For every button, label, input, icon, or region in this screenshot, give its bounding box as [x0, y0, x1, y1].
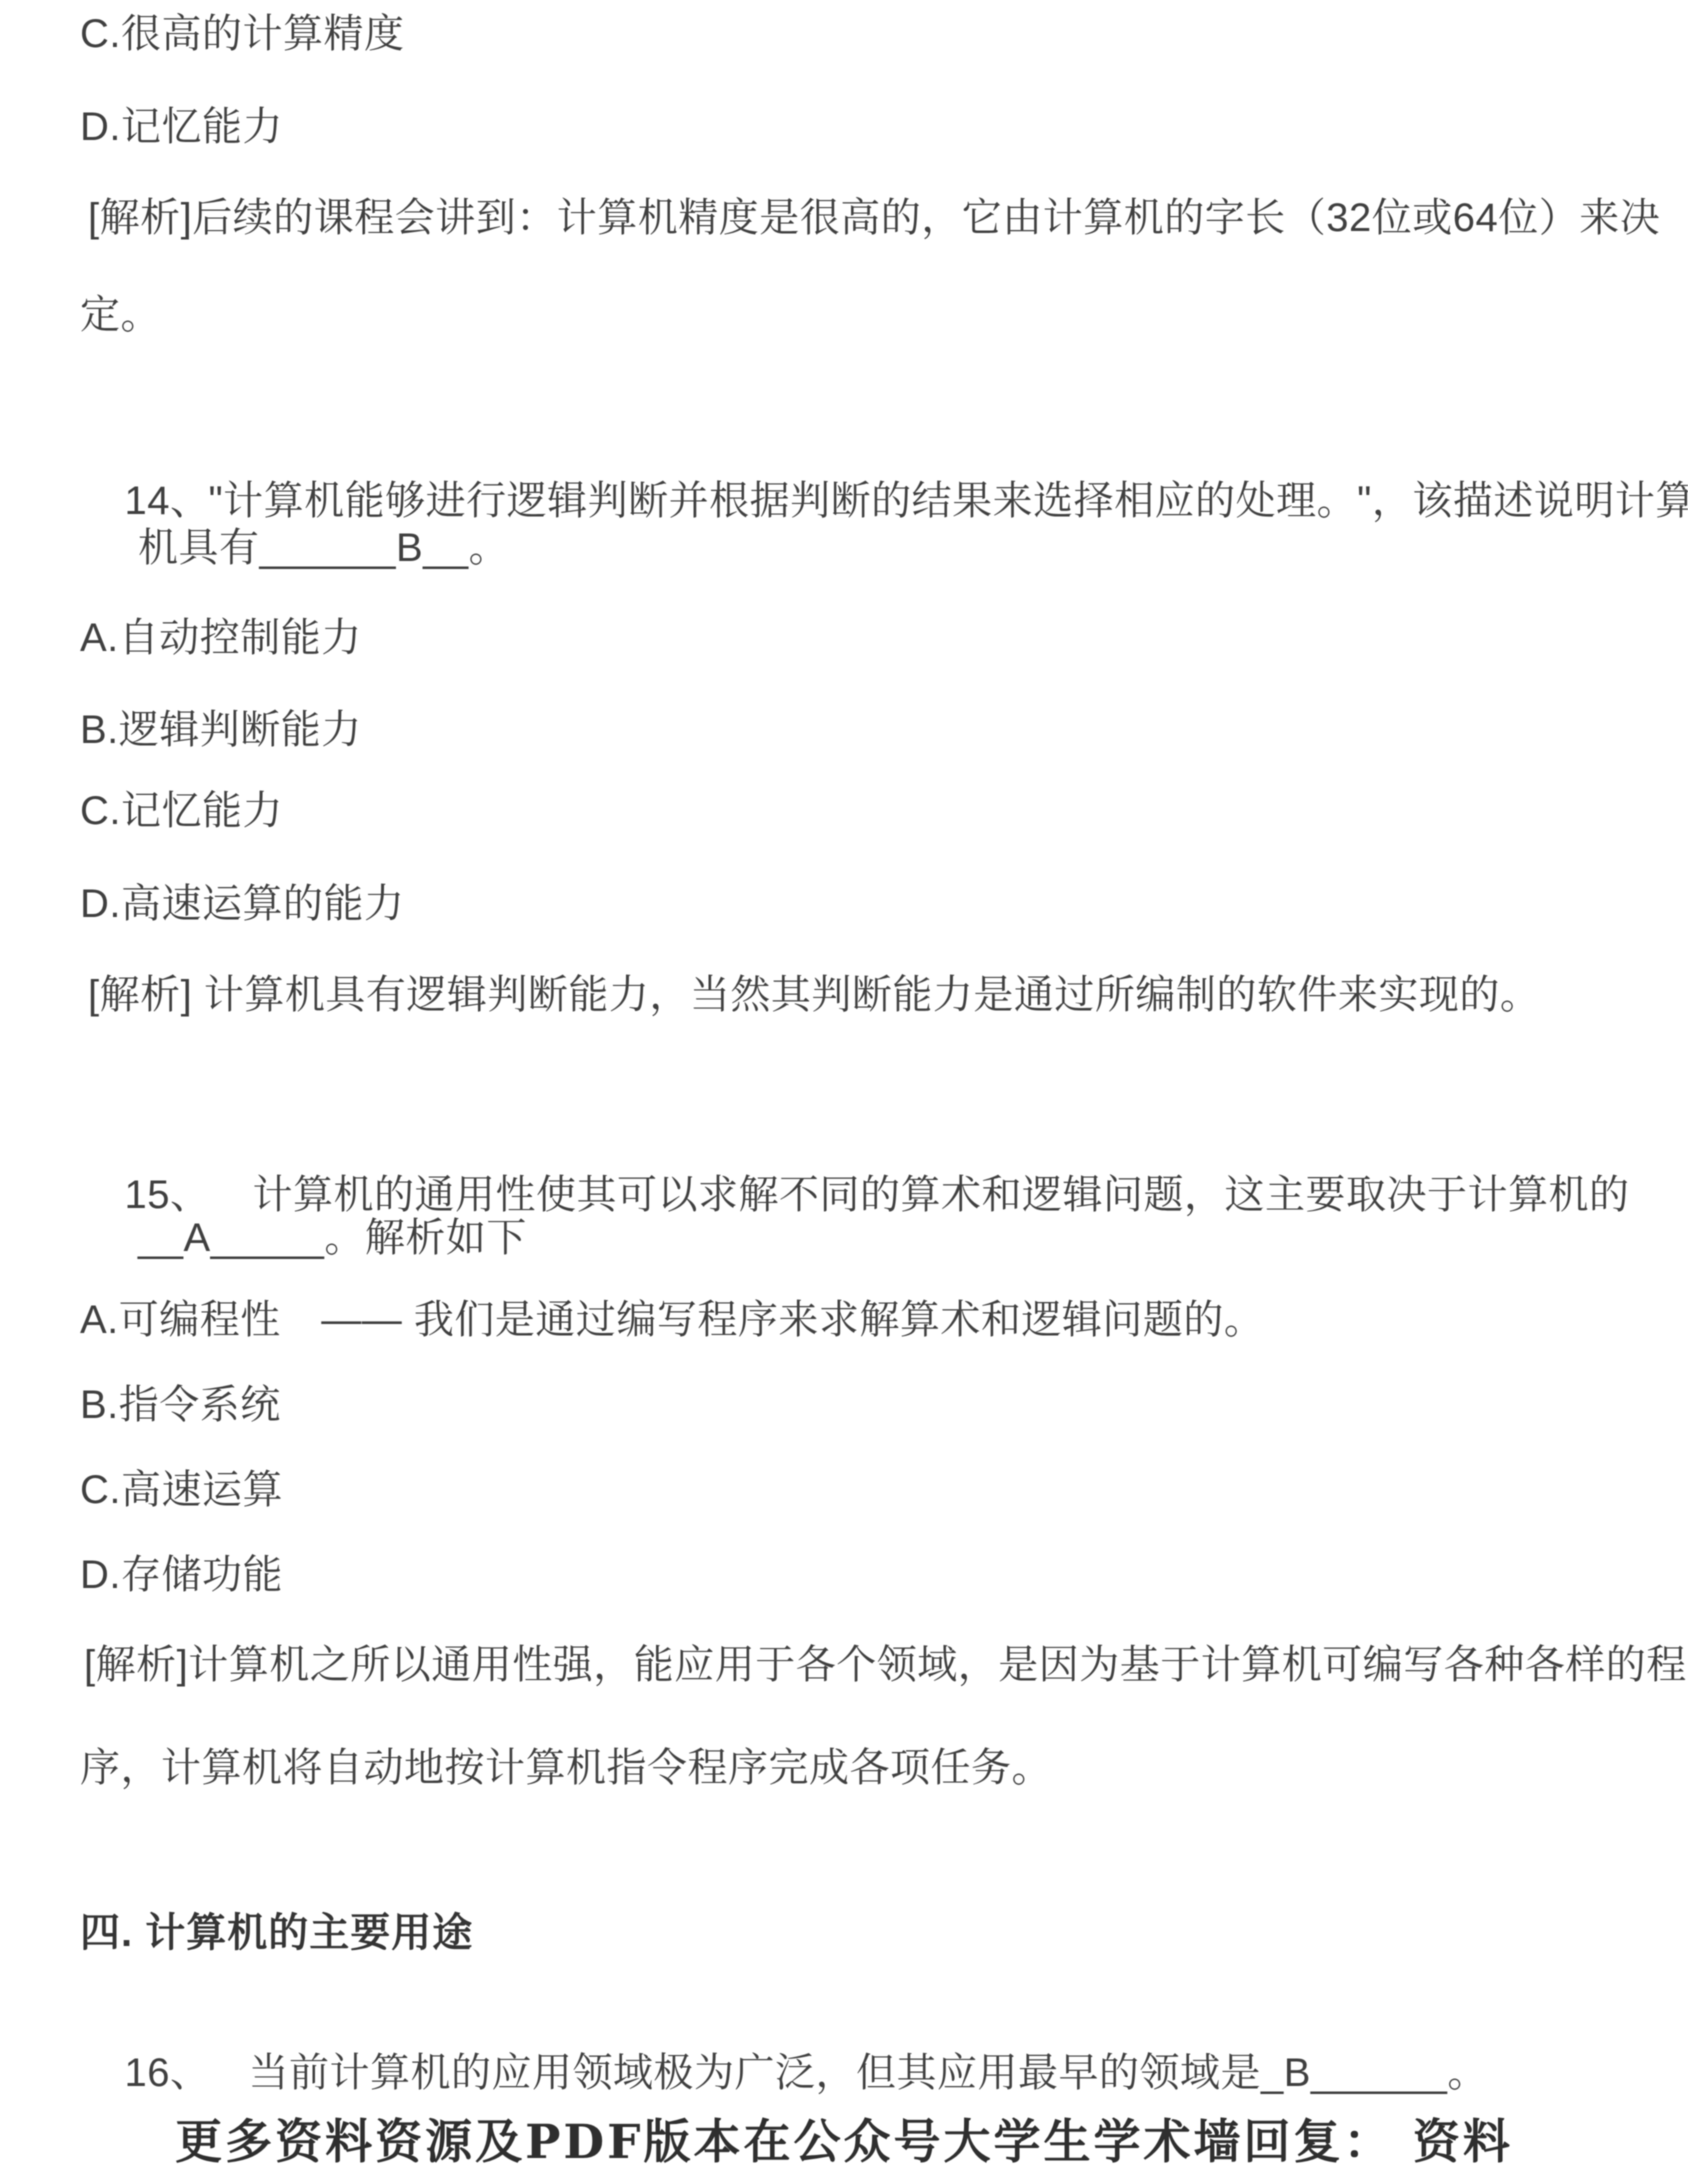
footer-promo-text: 更多资料资源及PDF版本在公众号大学生学术墙回复： 资料: [0, 2105, 1688, 2172]
q15-stem-line2: __A_____。解析如下: [138, 1214, 527, 1262]
q15-option-b: B.指令系统: [80, 1381, 281, 1429]
exam-document-page: C.很高的计算精度 D.记忆能力 [解析]后续的课程会讲到：计算机精度是很高的，…: [0, 0, 1688, 2183]
q15-option-c: C.高速运算: [80, 1466, 283, 1514]
q15-analysis-line2: 序，计算机将自动地按计算机指令程序完成各项任务。: [80, 1744, 1052, 1792]
q14-option-c: C.记忆能力: [80, 787, 283, 835]
q16-number: 16、: [124, 2049, 248, 2097]
q14-number: 14、: [124, 477, 208, 525]
q15-analysis-line1: [解析]计算机之所以通用性强，能应用于各个领域，是因为基于计算机可编写各种各样的…: [84, 1641, 1687, 1689]
q15-number: 15、: [124, 1171, 252, 1219]
q14-option-a: A.自动控制能力: [80, 614, 362, 662]
q13-analysis-line1: [解析]后续的课程会讲到：计算机精度是很高的，它由计算机的字长（32位或64位）…: [88, 194, 1660, 242]
q13-option-c: C.很高的计算精度: [80, 10, 405, 58]
q14-analysis: [解析] 计算机具有逻辑判断能力，当然其判断能力是通过所编制的软件来实现的。: [88, 971, 1540, 1019]
q15-option-d: D.存储功能: [80, 1551, 283, 1599]
q15-option-a: A.可编程性 —— 我们是通过编写程序来求解算术和逻辑问题的。: [80, 1296, 1264, 1344]
q14-option-d: D.高速运算的能力: [80, 880, 405, 928]
q13-analysis-line2: 定。: [80, 291, 161, 339]
q14-stem-line2: 机具有______B__。: [138, 524, 509, 572]
q14-option-b: B.逻辑判断能力: [80, 706, 362, 754]
q14-stem-text: "计算机能够进行逻辑判断并根据判断的结果来选择相应的处理。"，该描述说明计算: [208, 479, 1688, 523]
section-4-heading: 四. 计算机的主要用途: [80, 1909, 473, 1957]
q15-stem-text: 计算机的通用性使其可以求解不同的算术和逻辑问题，这主要取决于计算机的: [252, 1173, 1629, 1217]
q13-option-d: D.记忆能力: [80, 103, 283, 151]
q16-stem-text: 当前计算机的应用领域极为广泛，但其应用最早的领域是_B______。: [248, 2051, 1487, 2095]
